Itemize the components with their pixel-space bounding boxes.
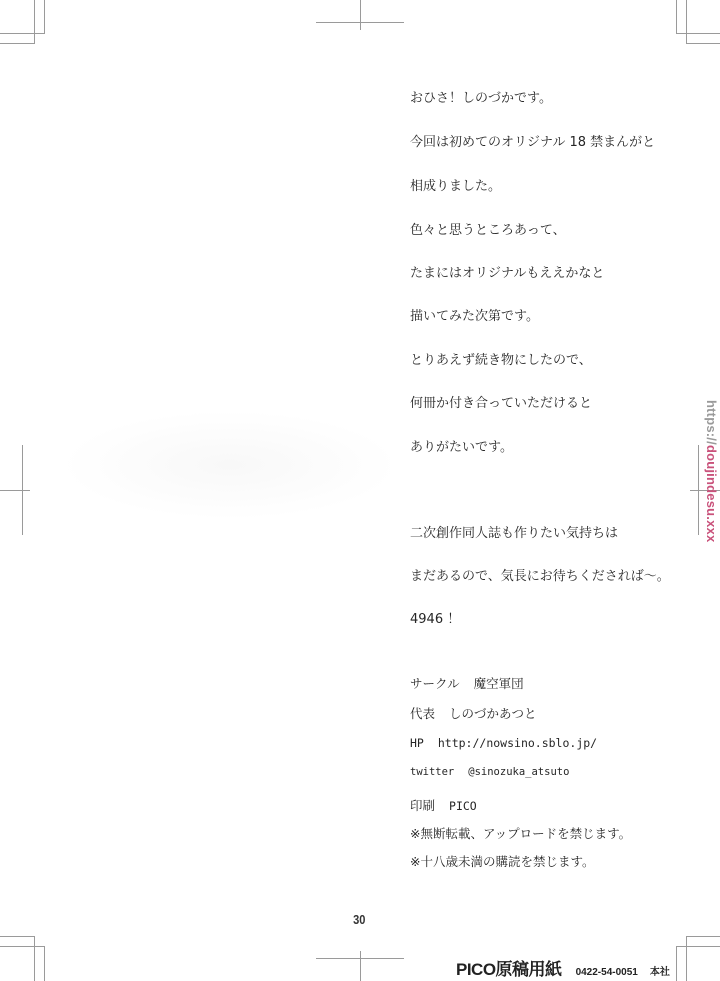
- afterword-line: たまにはオリジナルもええかなと: [410, 266, 604, 282]
- afterword-line: まだあるので、気長にお待ちくだされば～。: [410, 569, 670, 585]
- crop-mark-bottom-left-h2: [0, 946, 45, 947]
- crop-mark-bottom-right-h1: [676, 946, 720, 947]
- hp-url: http://nowsino.sblo.jp/: [438, 736, 597, 750]
- twitter-handle: @sinozuka_atsuto: [468, 766, 569, 778]
- afterword-line: 二次創作同人誌も作りたい気持ちは: [410, 526, 618, 542]
- afterword-line: 4946 ！: [410, 612, 460, 628]
- crop-mark-top-left-h1: [0, 33, 45, 34]
- afterword-line: 色々と思うところあって、: [410, 223, 566, 239]
- twitter-label: twitter: [410, 766, 454, 778]
- afterword-line: ありがたいです。: [410, 440, 513, 456]
- afterword-line: 何冊か付き合っていただけると: [410, 396, 592, 412]
- print-label: 印刷: [410, 798, 435, 813]
- crop-mark-bottom-left-h1: [0, 936, 35, 937]
- notice-age-restriction: ※十八歳未満の購読を禁じます。: [410, 852, 594, 870]
- bleed-through-artifact: [60, 410, 400, 520]
- afterword-line: 今回は初めてのオリジナル 18 禁まんがと: [410, 135, 655, 151]
- circle-name: 魔空軍団: [474, 676, 524, 691]
- crop-mark-top-left: [34, 0, 35, 44]
- crop-mark-top-left-inner: [44, 0, 45, 34]
- afterword-line: とりあえず続き物にしたので、: [410, 353, 592, 369]
- crop-mark-top-right-v1: [676, 0, 677, 34]
- colophon-printer: 印刷PICO: [410, 796, 477, 814]
- crop-mark-left-middle-h: [0, 490, 30, 491]
- colophon-homepage: HPhttp://nowsino.sblo.jp/: [410, 736, 597, 750]
- paper-brand: PICO原稿用紙: [456, 960, 562, 979]
- crop-mark-bottom-right-v2: [686, 936, 687, 981]
- crop-mark-top-left-h2: [0, 43, 35, 44]
- page-number: 30: [353, 912, 365, 927]
- afterword-line: 描いてみた次第です。: [410, 309, 539, 325]
- paper-office: 本社: [650, 967, 670, 978]
- colophon-twitter: twitter@sinozuka_atsuto: [410, 766, 569, 778]
- rep-name: しのづかあつと: [449, 706, 537, 721]
- watermark-scheme: https://: [704, 400, 719, 445]
- colophon-representative: 代表しのづかあつと: [410, 704, 537, 722]
- watermark-domain: doujindesu.xxx: [704, 445, 719, 542]
- crop-mark-bottom-left-v1: [34, 936, 35, 981]
- colophon-circle: サークル魔空軍団: [410, 674, 524, 692]
- site-watermark: https://doujindesu.xxx: [704, 400, 719, 542]
- crop-mark-bottom-right-v1: [676, 946, 677, 981]
- crop-mark-bottom-left-v2: [44, 946, 45, 981]
- crop-mark-bottom-center-v: [360, 951, 361, 981]
- crop-mark-top-right-h1: [676, 33, 720, 34]
- manuscript-paper-footer: PICO原稿用紙0422-54-0051本社: [456, 955, 670, 980]
- afterword-line: 相成りました。: [410, 179, 501, 195]
- crop-mark-top-center-h: [316, 22, 404, 23]
- printer-name: PICO: [449, 799, 477, 813]
- crop-mark-bottom-right-h2: [686, 936, 720, 937]
- crop-mark-top-right-v2: [686, 0, 687, 44]
- crop-mark-bottom-center-h: [316, 958, 404, 959]
- crop-mark-top-right-h2: [686, 43, 720, 44]
- hp-label: HP: [410, 736, 424, 750]
- paper-phone: 0422-54-0051: [576, 967, 638, 978]
- crop-mark-top-center-v: [360, 0, 361, 30]
- notice-no-reupload: ※無断転載、アップロードを禁じます。: [410, 824, 631, 842]
- afterword-line: おひさ！しのづかです。: [410, 91, 552, 107]
- manga-page: おひさ！しのづかです。 今回は初めてのオリジナル 18 禁まんがと 相成りました…: [0, 0, 720, 981]
- circle-label: サークル: [410, 676, 460, 691]
- rep-label: 代表: [410, 706, 435, 721]
